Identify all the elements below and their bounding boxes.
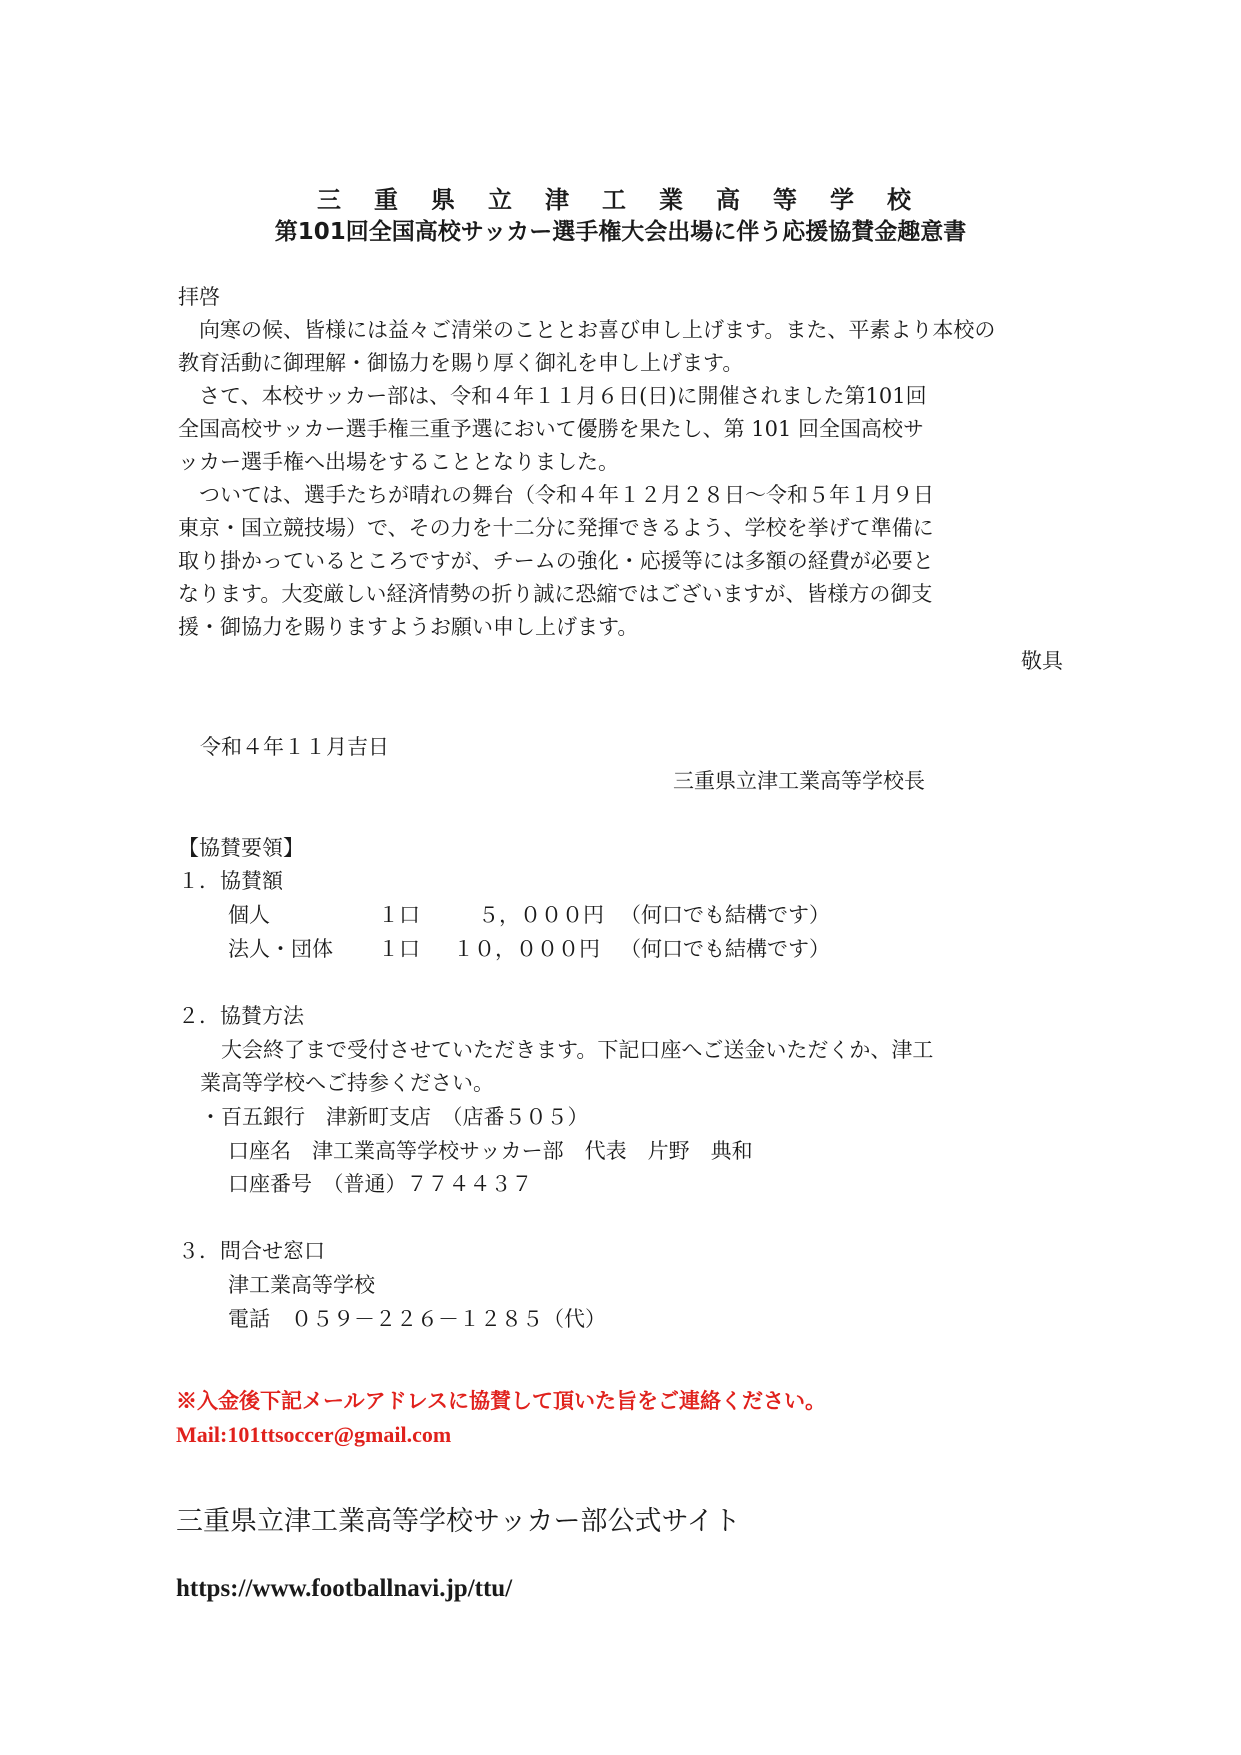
signatory: 三重県立津工業高等学校長 (673, 767, 925, 795)
school-name-heading: 三重県立津工業高等学校 (0, 180, 1241, 215)
guidelines-heading: 【協賛要領】 (178, 834, 304, 862)
section1-title: １．協賛額 (178, 867, 283, 895)
document-title: 第101回全国高校サッカー選手権大会出場に伴う応援協賛金趣意書 (0, 213, 1241, 246)
body-line: ついては、選手たちが晴れの舞台（令和４年１２月２８日～令和５年１月９日 (178, 481, 934, 509)
contribution-note: （何口でも結構です） (620, 901, 830, 929)
letter-date: 令和４年１１月吉日 (200, 733, 389, 761)
account-number: 口座番号 （普通）７７４４３７ (228, 1170, 533, 1198)
contributor-type: 個人 (228, 901, 270, 929)
section2-text-line: 業高等学校へご持参ください。 (200, 1069, 494, 1097)
section2-text-line: 大会終了まで受付させていただきます。下記口座へご送金いただくか、津工 (200, 1036, 933, 1064)
section3-title: ３．問合せ窓口 (178, 1237, 325, 1265)
body-line: さて、本校サッカー部は、令和４年１１月６日(日)に開催されました第101回 (178, 382, 927, 410)
contact-name: 津工業高等学校 (228, 1271, 375, 1299)
body-line: 向寒の候、皆様には益々ご清栄のこととお喜び申し上げます。また、平素より本校の (178, 316, 995, 344)
body-line: 援・御協力を賜りますようお願い申し上げます。 (178, 613, 638, 641)
contribution-note: （何口でも結構です） (620, 935, 830, 963)
closing-salutation: 敬具 (178, 647, 1063, 675)
bank-info: ・百五銀行 津新町支店 （店番５０５） (200, 1103, 589, 1131)
official-site-label: 三重県立津工業高等学校サッカー部公式サイト (176, 1505, 741, 1539)
contact-email[interactable]: Mail:101ttsoccer@gmail.com (176, 1421, 451, 1449)
body-line: 東京・国立競技場）で、その力を十二分に発揮できるよう、学校を挙げて準備に (178, 514, 934, 542)
opening-salutation: 拝啓 (178, 283, 220, 311)
section2-title: ２．協賛方法 (178, 1002, 304, 1030)
payment-notice: ※入金後下記メールアドレスに協賛して頂いた旨をご連絡ください。 (176, 1387, 826, 1415)
body-line: 取り掛かっているところですが、チームの強化・応援等には多額の経費が必要と (178, 547, 934, 575)
body-line: 全国高校サッカー選手権三重予選において優勝を果たし、第 101 回全国高校サ (178, 415, 924, 443)
official-site-url[interactable]: https://www.footballnavi.jp/ttu/ (176, 1575, 512, 1603)
contribution-units: １口 (378, 935, 420, 963)
contribution-units: １口 (378, 901, 420, 929)
body-line: ッカー選手権へ出場をすることとなりました。 (178, 448, 619, 476)
account-name: 口座名 津工業高等学校サッカー部 代表 片野 典和 (228, 1137, 753, 1165)
contribution-amount: １０，０００円 (453, 935, 600, 963)
contact-phone: 電話 ０５９－２２６－１２８５（代） (228, 1305, 606, 1333)
body-line: なります。大変厳しい経済情勢の折り誠に恐縮ではございますが、皆様方の御支 (178, 580, 932, 608)
contribution-amount: ５，０００円 (478, 901, 604, 929)
body-line: 教育活動に御理解・御協力を賜り厚く御礼を申し上げます。 (178, 349, 743, 377)
contributor-type: 法人・団体 (228, 935, 333, 963)
